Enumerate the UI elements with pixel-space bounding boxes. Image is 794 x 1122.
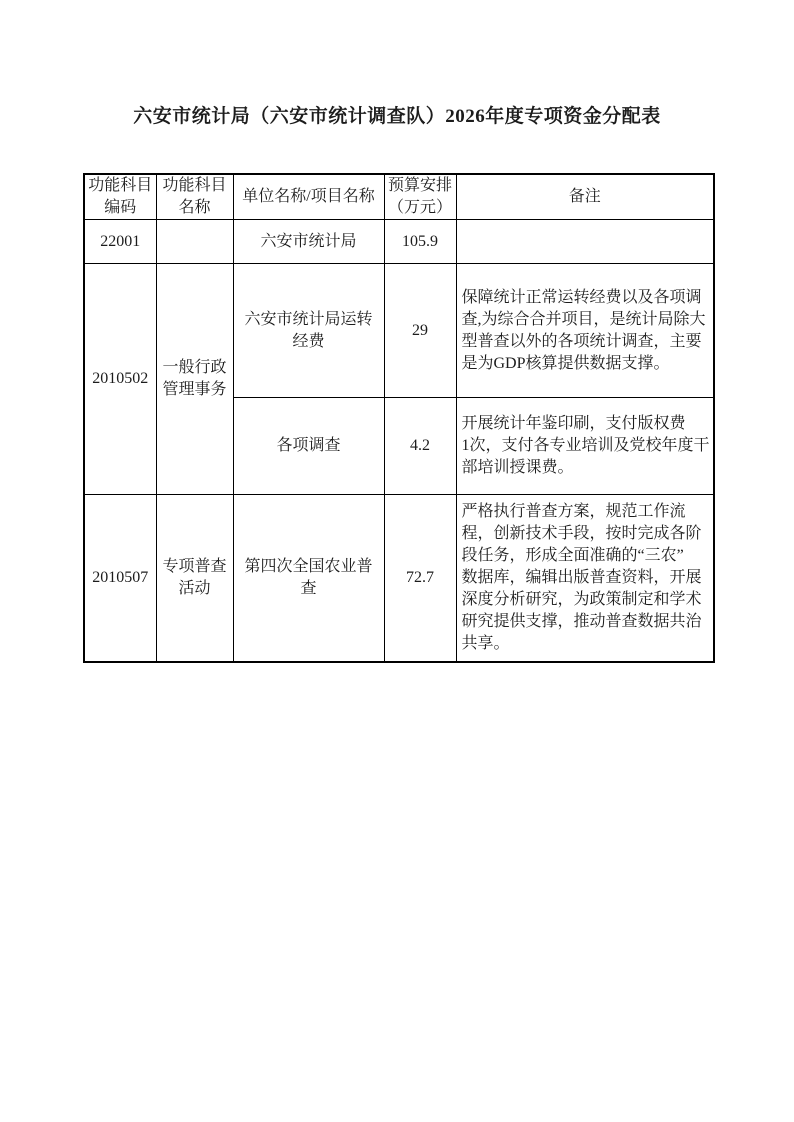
- cell-function-code: 2010502: [84, 264, 156, 495]
- cell-remark: [456, 220, 714, 264]
- fund-allocation-table: 功能科目编码 功能科目名称 单位名称/项目名称 预算安排（万元） 备注 2200…: [83, 173, 715, 663]
- document-page: 六安市统计局（六安市统计调查队）2026年度专项资金分配表 功能科目编码 功能科…: [0, 0, 794, 1122]
- table-row: 2010502 一般行政管理事务 六安市统计局运转经费 29 保障统计正常运转经…: [84, 264, 714, 398]
- table-header-row: 功能科目编码 功能科目名称 单位名称/项目名称 预算安排（万元） 备注: [84, 174, 714, 220]
- cell-unit-project-name: 六安市统计局运转经费: [233, 264, 384, 398]
- cell-function-name: 专项普查活动: [156, 495, 233, 662]
- header-unit-project-name: 单位名称/项目名称: [233, 174, 384, 220]
- cell-function-code: 2010507: [84, 495, 156, 662]
- cell-remark: 保障统计正常运转经费以及各项调 查,为综合合并项目，是统计局除大 型普查以外的各…: [456, 264, 714, 398]
- cell-unit-project-name: 第四次全国农业普查: [233, 495, 384, 662]
- page-title: 六安市统计局（六安市统计调查队）2026年度专项资金分配表: [0, 105, 794, 129]
- cell-budget-amount: 4.2: [384, 398, 456, 495]
- cell-budget-amount: 105.9: [384, 220, 456, 264]
- cell-function-name: 一般行政管理事务: [156, 264, 233, 495]
- cell-unit-project-name: 各项调查: [233, 398, 384, 495]
- cell-function-name: [156, 220, 233, 264]
- cell-function-code: 22001: [84, 220, 156, 264]
- cell-budget-amount: 29: [384, 264, 456, 398]
- header-remark: 备注: [456, 174, 714, 220]
- cell-unit-project-name: 六安市统计局: [233, 220, 384, 264]
- header-budget-amount: 预算安排（万元）: [384, 174, 456, 220]
- cell-remark: 严格执行普查方案，规范工作流 程，创新技术手段，按时完成各阶 段任务，形成全面准…: [456, 495, 714, 662]
- cell-budget-amount: 72.7: [384, 495, 456, 662]
- table-row: 2010507 专项普查活动 第四次全国农业普查 72.7 严格执行普查方案，规…: [84, 495, 714, 662]
- header-function-name: 功能科目名称: [156, 174, 233, 220]
- header-function-code: 功能科目编码: [84, 174, 156, 220]
- table-row: 22001 六安市统计局 105.9: [84, 220, 714, 264]
- cell-remark: 开展统计年鉴印刷，支付版权费 1次，支付各专业培训及党校年度干 部培训授课费。: [456, 398, 714, 495]
